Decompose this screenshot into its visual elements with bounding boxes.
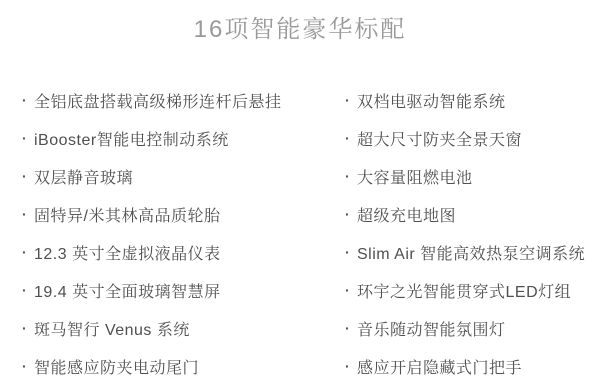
bullet-icon: · [22, 130, 34, 146]
list-item: · 感应开启隐藏式门把手 [345, 347, 600, 381]
feature-list-page: 16项智能豪华标配 · 全铝底盘搭载高级梯形连杆后悬挂 · iBooster智能… [0, 0, 600, 381]
list-item: · 双档电驱动智能系统 [345, 81, 600, 119]
bullet-icon: · [22, 358, 34, 374]
bullet-icon: · [22, 282, 34, 298]
bullet-icon: · [22, 320, 34, 336]
list-item: · 全铝底盘搭载高级梯形连杆后悬挂 [22, 81, 345, 119]
feature-text: 19.4 英寸全面玻璃智慧屏 [34, 279, 221, 302]
feature-text: 音乐随动智能氛围灯 [357, 317, 506, 340]
bullet-icon: · [345, 168, 357, 184]
feature-text: 大容量阻燃电池 [357, 165, 473, 188]
bullet-icon: · [345, 206, 357, 222]
feature-text: 智能感应防夹电动尾门 [34, 355, 199, 378]
list-item: · 智能感应防夹电动尾门 [22, 347, 345, 381]
list-item: · 超级充电地图 [345, 195, 600, 233]
feature-text: 斑马智行 Venus 系统 [34, 317, 190, 340]
feature-text: 固特异/米其林高品质轮胎 [34, 203, 220, 226]
list-item: · 大容量阻燃电池 [345, 157, 600, 195]
feature-text: 超级充电地图 [357, 203, 456, 226]
feature-text: 感应开启隐藏式门把手 [357, 355, 522, 378]
list-item: · Slim Air 智能高效热泵空调系统 [345, 233, 600, 271]
feature-text: 环宇之光智能贯穿式LED灯组 [357, 279, 571, 302]
list-item: · 环宇之光智能贯穿式LED灯组 [345, 271, 600, 309]
feature-column-left: · 全铝底盘搭载高级梯形连杆后悬挂 · iBooster智能电控制动系统 · 双… [22, 81, 345, 381]
bullet-icon: · [22, 206, 34, 222]
bullet-icon: · [22, 92, 34, 108]
feature-text: 超大尺寸防夹全景天窗 [357, 127, 522, 150]
feature-columns: · 全铝底盘搭载高级梯形连杆后悬挂 · iBooster智能电控制动系统 · 双… [0, 81, 600, 381]
list-item: · 固特异/米其林高品质轮胎 [22, 195, 345, 233]
feature-text: 双档电驱动智能系统 [357, 89, 506, 112]
feature-text: 全铝底盘搭载高级梯形连杆后悬挂 [34, 89, 282, 112]
feature-text: iBooster智能电控制动系统 [34, 127, 229, 150]
feature-text: 12.3 英寸全虚拟液晶仪表 [34, 241, 221, 264]
feature-column-right: · 双档电驱动智能系统 · 超大尺寸防夹全景天窗 · 大容量阻燃电池 · 超级充… [345, 81, 600, 381]
list-item: · 音乐随动智能氛围灯 [345, 309, 600, 347]
list-item: · 双层静音玻璃 [22, 157, 345, 195]
bullet-icon: · [345, 244, 357, 260]
bullet-icon: · [345, 282, 357, 298]
bullet-icon: · [22, 168, 34, 184]
list-item: · 12.3 英寸全虚拟液晶仪表 [22, 233, 345, 271]
feature-text: 双层静音玻璃 [34, 165, 133, 188]
bullet-icon: · [345, 320, 357, 336]
bullet-icon: · [345, 130, 357, 146]
list-item: · iBooster智能电控制动系统 [22, 119, 345, 157]
list-item: · 斑马智行 Venus 系统 [22, 309, 345, 347]
feature-text: Slim Air 智能高效热泵空调系统 [357, 241, 585, 264]
page-title: 16项智能豪华标配 [0, 0, 600, 44]
bullet-icon: · [345, 92, 357, 108]
list-item: · 超大尺寸防夹全景天窗 [345, 119, 600, 157]
bullet-icon: · [22, 244, 34, 260]
bullet-icon: · [345, 358, 357, 374]
list-item: · 19.4 英寸全面玻璃智慧屏 [22, 271, 345, 309]
